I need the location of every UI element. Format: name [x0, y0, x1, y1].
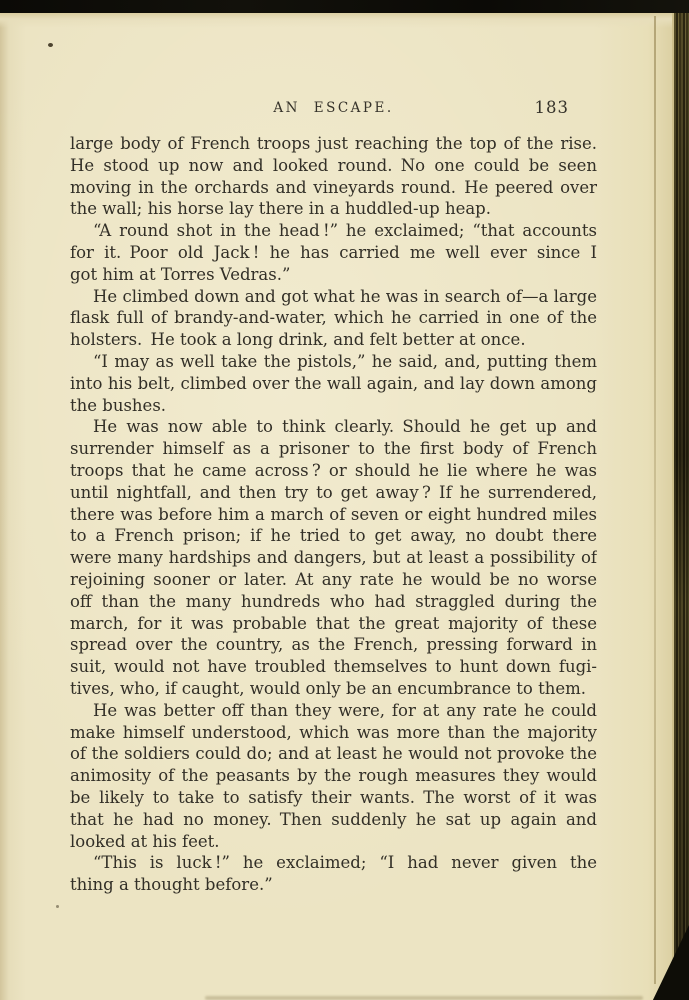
next-page-edge-shadow	[205, 996, 643, 1000]
text-line: large body of French troops just reachin…	[70, 133, 597, 155]
text-line: holsters. He took a long drink, and felt…	[70, 329, 597, 351]
text-line: for it. Poor old Jack ! he has carried m…	[70, 242, 597, 264]
page-edges-band	[672, 11, 689, 1000]
running-title: AN ESCAPE.	[70, 100, 597, 116]
text-line: got him at Torres Vedras.”	[70, 264, 597, 286]
book-page-scan: AN ESCAPE. 183 large body of French troo…	[0, 0, 689, 1000]
text-line: the wall; his horse lay there in a huddl…	[70, 198, 597, 220]
ink-speck	[48, 43, 53, 47]
text-line: march, for it was probable that the grea…	[70, 613, 597, 635]
text-line: that he had no money. Then suddenly he s…	[70, 809, 597, 831]
text-line: surrender himself as a prisoner to the f…	[70, 438, 597, 460]
text-line: “A round shot in the head !” he exclaime…	[70, 220, 597, 242]
text-line: spread over the country, as the French, …	[70, 634, 597, 656]
text-line: He stood up now and looked round. No one…	[70, 155, 597, 177]
text-line: suit, would not have troubled themselves…	[70, 656, 597, 678]
text-line: He was better off than they were, for at…	[70, 700, 597, 722]
text-line: there was before him a march of seven or…	[70, 504, 597, 526]
scan-background-top	[0, 0, 689, 13]
text-line: of the soldiers could do; and at least h…	[70, 743, 597, 765]
text-line: be likely to take to satisfy their wants…	[70, 787, 597, 809]
text-line: rejoining sooner or later. At any rate h…	[70, 569, 597, 591]
text-line: into his belt, climbed over the wall aga…	[70, 373, 597, 395]
text-line: looked at his feet.	[70, 831, 597, 853]
text-line: animosity of the peasants by the rough m…	[70, 765, 597, 787]
text-line: flask full of brandy-and-water, which he…	[70, 307, 597, 329]
book-page: AN ESCAPE. 183 large body of French troo…	[0, 12, 674, 1000]
text-line: tives, who, if caught, would only be an …	[70, 678, 597, 700]
page-header: AN ESCAPE. 183	[70, 98, 597, 120]
text-line: “This is luck !” he exclaimed; “I had ne…	[70, 852, 597, 874]
text-line: He was now able to think clearly. Should…	[70, 416, 597, 438]
text-line: “I may as well take the pistols,” he sai…	[70, 351, 597, 373]
text-line: thing a thought before.”	[70, 874, 597, 896]
page-number: 183	[535, 98, 570, 117]
text-line: off than the many hundreds who had strag…	[70, 591, 597, 613]
ink-speck	[56, 905, 59, 908]
text-line: were many hardships and dangers, but at …	[70, 547, 597, 569]
text-line: troops that he came across ? or should h…	[70, 460, 597, 482]
text-line: to a French prison; if he tried to get a…	[70, 525, 597, 547]
text-line: until nightfall, and then try to get awa…	[70, 482, 597, 504]
text-line: make himself understood, which was more …	[70, 722, 597, 744]
page-fold-line	[654, 16, 656, 984]
text-line: He climbed down and got what he was in s…	[70, 286, 597, 308]
text-block: large body of French troops just reachin…	[70, 133, 597, 896]
text-line: the bushes.	[70, 395, 597, 417]
text-line: moving in the orchards and vineyards rou…	[70, 177, 597, 199]
